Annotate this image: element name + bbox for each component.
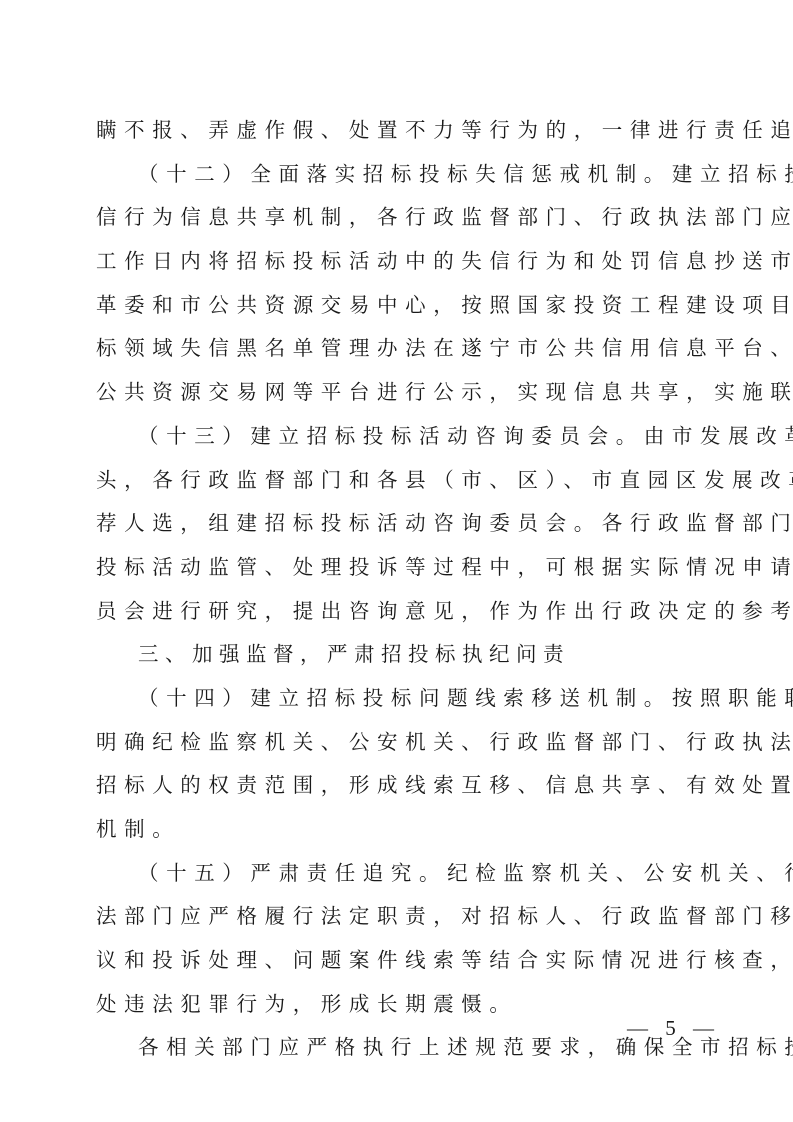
text-line: 革委和市公共资源交易中心，按照国家投资工程建设项目招标投 xyxy=(96,284,698,328)
paragraph-15-heading-line: （十五）严肃责任追究。纪检监察机关、公安机关、行政执 xyxy=(96,852,698,896)
text-line: 投标活动监管、处理投诉等过程中，可根据实际情况申请咨询委 xyxy=(96,546,698,590)
text-line: 明确纪检监察机关、公安机关、行政监督部门、行政执法部门和 xyxy=(96,721,698,765)
text-line: 信行为信息共享机制，各行政监督部门、行政执法部门应在 5 个 xyxy=(96,196,698,240)
text-line: 法部门应严格履行法定职责，对招标人、行政监督部门移送的异 xyxy=(96,895,698,939)
paragraph-12-heading-line: （十二）全面落实招标投标失信惩戒机制。建立招标投标失 xyxy=(96,153,698,197)
text-line: 员会进行研究，提出咨询意见，作为作出行政决定的参考依据。 xyxy=(96,590,698,634)
document-body: 瞒不报、弄虚作假、处置不力等行为的，一律进行责任追究。 （十二）全面落实招标投标… xyxy=(96,109,698,1070)
paragraph-14-heading-line: （十四）建立招标投标问题线索移送机制。按照职能职责， xyxy=(96,677,698,721)
paragraph-13-heading-line: （十三）建立招标投标活动咨询委员会。由市发展改革委牵 xyxy=(96,415,698,459)
text-line: 标领域失信黑名单管理办法在遂宁市公共信用信息平台、遂宁市 xyxy=(96,327,698,371)
text-line: 处违法犯罪行为，形成长期震慑。 xyxy=(96,983,698,1027)
closing-paragraph-line: 各相关部门应严格执行上述规范要求，确保全市招标投标活 xyxy=(96,1026,698,1070)
text-line: 招标人的权责范围，形成线索互移、信息共享、有效处置的工作 xyxy=(96,764,698,808)
text-line: 公共资源交易网等平台进行公示，实现信息共享，实施联合惩戒。 xyxy=(96,371,698,415)
page-number: — 5 — xyxy=(627,1016,720,1041)
text-line: 荐人选，组建招标投标活动咨询委员会。各行政监督部门在招标 xyxy=(96,502,698,546)
document-page: 瞒不报、弄虚作假、处置不力等行为的，一律进行责任追究。 （十二）全面落实招标投标… xyxy=(0,0,793,1122)
text-line: 瞒不报、弄虚作假、处置不力等行为的，一律进行责任追究。 xyxy=(96,109,698,153)
text-line: 头，各行政监督部门和各县（市、区）、市直园区发展改革部门推 xyxy=(96,459,698,503)
section-3-heading: 三、加强监督，严肃招投标执纪问责 xyxy=(96,633,698,677)
text-line: 机制。 xyxy=(96,808,698,852)
text-line: 议和投诉处理、问题案件线索等结合实际情况进行核查，依法查 xyxy=(96,939,698,983)
text-line: 工作日内将招标投标活动中的失信行为和处罚信息抄送市发展改 xyxy=(96,240,698,284)
